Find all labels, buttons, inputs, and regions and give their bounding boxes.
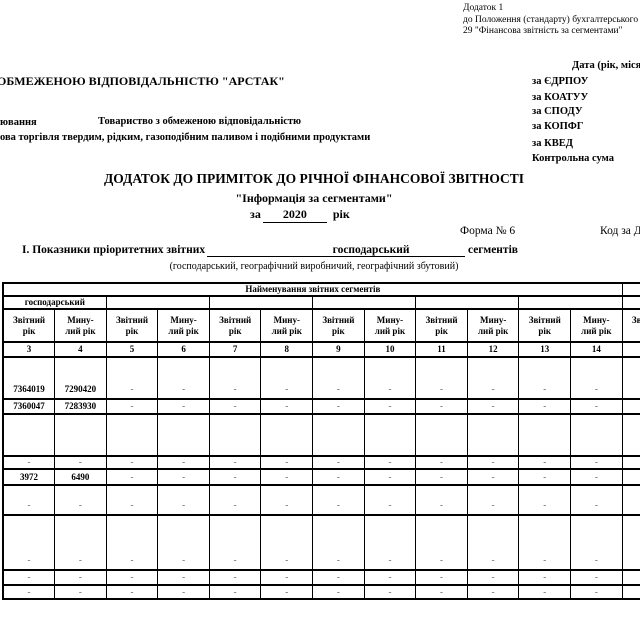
dash-cell: - — [313, 357, 365, 399]
code-field-kved: за КВЕД — [532, 138, 573, 149]
column-number-cell: 7 — [209, 342, 261, 357]
dash-cell: - — [55, 485, 107, 515]
dash-cell: - — [55, 515, 107, 570]
dash-cell: - — [106, 469, 158, 485]
control-sum-label: Контрольна сума — [532, 153, 614, 164]
table-header-title: Найменування звітних сегментів — [3, 283, 622, 296]
dash-cell: - — [519, 515, 571, 570]
report-year-header-cell: Звітний рік — [416, 309, 468, 342]
annex-line-1: Додаток 1 — [463, 3, 640, 15]
segments-table-wrapper: Найменування звітних сегментівгосподарсь… — [2, 282, 640, 600]
report-year-header-cell: Звітний рік — [209, 309, 261, 342]
table-row: ------------ — [3, 456, 640, 469]
dash-cell: - — [158, 456, 210, 469]
year-prefix: за — [250, 207, 261, 221]
column-number-cell: 3 — [3, 342, 55, 357]
dash-cell: - — [3, 456, 55, 469]
dash-cell: - — [416, 570, 468, 585]
dash-cell: - — [261, 570, 313, 585]
dash-cell: - — [3, 515, 55, 570]
column-number-cell: 5 — [106, 342, 158, 357]
empty-cell — [261, 414, 313, 456]
dash-cell: - — [364, 399, 416, 414]
dash-cell: - — [467, 585, 519, 599]
table-row: 73640197290420---------- — [3, 357, 640, 399]
prior-year-header-cell: Мину- лий рік — [261, 309, 313, 342]
dash-cell: - — [571, 469, 623, 485]
legal-form-value: Товариство з обмеженою відповідальністю — [98, 116, 301, 127]
segment-name-empty-cell — [519, 296, 622, 309]
table-row — [3, 414, 640, 456]
dash-cell: - — [261, 515, 313, 570]
segments-table: Найменування звітних сегментівгосподарсь… — [2, 282, 640, 600]
report-year-value: 2020 — [263, 207, 327, 223]
value-cell: 7364019 — [3, 357, 55, 399]
dash-cell: - — [519, 399, 571, 414]
prior-year-header-cell: Мину- лий рік — [364, 309, 416, 342]
dash-cell: - — [416, 399, 468, 414]
empty-cell — [622, 399, 640, 414]
dash-cell: - — [364, 469, 416, 485]
dash-cell: - — [571, 585, 623, 599]
dash-cell: - — [158, 357, 210, 399]
dash-cell: - — [364, 485, 416, 515]
value-cell: 7360047 — [3, 399, 55, 414]
table-row: ------------ — [3, 585, 640, 599]
table-row: ------------ — [3, 570, 640, 585]
dash-cell: - — [209, 485, 261, 515]
dash-cell: - — [158, 469, 210, 485]
dash-cell: - — [416, 456, 468, 469]
dash-cell: - — [313, 515, 365, 570]
dash-cell: - — [106, 485, 158, 515]
empty-cell — [209, 414, 261, 456]
dash-cell: - — [313, 469, 365, 485]
column-number-cell: 4 — [55, 342, 107, 357]
dash-cell: - — [519, 585, 571, 599]
dash-cell: - — [364, 515, 416, 570]
document-title: ДОДАТОК ДО ПРИМІТОК ДО РІЧНОЇ ФІНАНСОВОЇ… — [0, 171, 628, 187]
segment-name-empty-cell — [106, 296, 209, 309]
segment-name-cell: господарський — [3, 296, 106, 309]
segment-name-partial-cell — [622, 296, 640, 309]
dash-cell: - — [416, 515, 468, 570]
dash-cell: - — [106, 357, 158, 399]
form-number-label: Форма № 6 — [460, 225, 515, 237]
annex-line-2: до Положення (стандарту) бухгалтерського… — [463, 15, 640, 27]
dash-cell: - — [158, 485, 210, 515]
activity-description: ова торгівля твердим, рідким, газоподібн… — [0, 132, 370, 143]
annex-note: Додаток 1 до Положення (стандарту) бухга… — [463, 3, 640, 38]
legal-form-label-fragment: ювання — [0, 117, 37, 128]
report-year-header-cell: Звітний рік — [3, 309, 55, 342]
prior-year-header-cell: Мину- лий рік — [467, 309, 519, 342]
empty-cell — [55, 414, 107, 456]
empty-cell — [571, 414, 623, 456]
document-page: Додаток 1 до Положення (стандарту) бухга… — [0, 0, 640, 620]
column-number-cell: 13 — [519, 342, 571, 357]
column-number-cell: 11 — [416, 342, 468, 357]
dash-cell: - — [55, 456, 107, 469]
table-row: 39726490---------- — [3, 469, 640, 485]
empty-cell — [622, 456, 640, 469]
dash-cell: - — [467, 515, 519, 570]
dash-cell: - — [209, 469, 261, 485]
dash-cell: - — [571, 515, 623, 570]
report-year-header-cell: Звітний рік — [106, 309, 158, 342]
empty-cell — [622, 515, 640, 570]
dkud-code-label: Код за ДКУД — [600, 225, 640, 237]
dash-cell: - — [519, 357, 571, 399]
empty-cell — [416, 414, 468, 456]
section-heading: І. Показники пріоритетних звітнихгоспода… — [22, 244, 518, 257]
empty-cell — [313, 414, 365, 456]
dash-cell: - — [519, 456, 571, 469]
dash-cell: - — [209, 456, 261, 469]
dash-cell: - — [313, 399, 365, 414]
code-field-koatuu: за КОАТУУ — [532, 92, 588, 103]
dash-cell: - — [571, 485, 623, 515]
column-number-cell: 9 — [313, 342, 365, 357]
segment-name-empty-cell — [416, 296, 519, 309]
report-year-line: за2020рік — [250, 207, 350, 223]
empty-cell — [158, 414, 210, 456]
dash-cell: - — [209, 357, 261, 399]
dash-cell: - — [209, 570, 261, 585]
dash-cell: - — [261, 469, 313, 485]
table-header-blank-cell — [622, 283, 640, 296]
dash-cell: - — [261, 485, 313, 515]
value-cell: 3972 — [3, 469, 55, 485]
dash-cell: - — [106, 399, 158, 414]
empty-cell — [364, 414, 416, 456]
dash-cell: - — [467, 399, 519, 414]
report-year-header-cell: Звітний рік — [519, 309, 571, 342]
dash-cell: - — [106, 456, 158, 469]
dash-cell: - — [158, 585, 210, 599]
empty-cell — [622, 585, 640, 599]
dash-cell: - — [364, 570, 416, 585]
table-row: ------------ — [3, 515, 640, 570]
segment-type-value: господарський — [207, 244, 465, 257]
dash-cell: - — [519, 469, 571, 485]
segment-name-empty-cell — [209, 296, 312, 309]
document-subtitle: "Інформація за сегментами" — [0, 191, 628, 206]
dash-cell: - — [106, 515, 158, 570]
empty-cell — [519, 414, 571, 456]
dash-cell: - — [416, 357, 468, 399]
dash-cell: - — [209, 399, 261, 414]
empty-cell — [467, 414, 519, 456]
year-suffix: рік — [333, 207, 350, 221]
value-cell: 7290420 — [55, 357, 107, 399]
dash-cell: - — [519, 485, 571, 515]
empty-cell — [622, 469, 640, 485]
dash-cell: - — [313, 456, 365, 469]
column-number-cell: 14 — [571, 342, 623, 357]
dash-cell: - — [106, 585, 158, 599]
prior-year-header-cell: Мину- лий рік — [571, 309, 623, 342]
column-number-cell: 8 — [261, 342, 313, 357]
dash-cell: - — [209, 515, 261, 570]
dash-cell: - — [467, 570, 519, 585]
dash-cell: - — [571, 357, 623, 399]
dash-cell: - — [467, 357, 519, 399]
dash-cell: - — [416, 469, 468, 485]
dash-cell: - — [3, 485, 55, 515]
table-row: ------------ — [3, 485, 640, 515]
company-name: ОБМЕЖЕНОЮ ВІДПОВІДАЛЬНІСТЮ "АРСТАК" — [0, 74, 285, 89]
dash-cell: - — [313, 485, 365, 515]
section-prefix: І. Показники пріоритетних звітних — [22, 244, 205, 256]
dash-cell: - — [158, 399, 210, 414]
dash-cell: - — [571, 456, 623, 469]
date-label: Дата (рік, місяць, число) — [572, 60, 640, 71]
empty-cell — [106, 414, 158, 456]
dash-cell: - — [261, 456, 313, 469]
segment-name-empty-cell — [313, 296, 416, 309]
dash-cell: - — [3, 570, 55, 585]
dash-cell: - — [467, 469, 519, 485]
empty-cell — [622, 357, 640, 399]
dash-cell: - — [519, 570, 571, 585]
column-number-partial-cell — [622, 342, 640, 357]
column-number-cell: 12 — [467, 342, 519, 357]
dash-cell: - — [261, 585, 313, 599]
dash-cell: - — [467, 485, 519, 515]
column-number-cell: 10 — [364, 342, 416, 357]
code-field-edrpou: за ЄДРПОУ — [532, 76, 588, 87]
report-year-header-cell: Звітний рік — [313, 309, 365, 342]
code-field-kopfg: за КОПФГ — [532, 121, 583, 132]
dash-cell: - — [209, 585, 261, 599]
dash-cell: - — [55, 585, 107, 599]
empty-cell — [622, 414, 640, 456]
prior-year-header-cell: Мину- лий рік — [55, 309, 107, 342]
dash-cell: - — [467, 456, 519, 469]
empty-cell — [3, 414, 55, 456]
dash-cell: - — [364, 357, 416, 399]
dash-cell: - — [261, 357, 313, 399]
empty-cell — [622, 485, 640, 515]
table-row: 73600477283930---------- — [3, 399, 640, 414]
value-cell: 7283930 — [55, 399, 107, 414]
dash-cell: - — [313, 570, 365, 585]
dash-cell: - — [55, 570, 107, 585]
dash-cell: - — [364, 456, 416, 469]
dash-cell: - — [3, 585, 55, 599]
column-number-cell: 6 — [158, 342, 210, 357]
prior-year-header-cell: Мину- лий рік — [158, 309, 210, 342]
dash-cell: - — [571, 399, 623, 414]
dash-cell: - — [416, 485, 468, 515]
dash-cell: - — [364, 585, 416, 599]
value-cell: 6490 — [55, 469, 107, 485]
empty-cell — [622, 570, 640, 585]
dash-cell: - — [106, 570, 158, 585]
dash-cell: - — [158, 570, 210, 585]
dash-cell: - — [261, 399, 313, 414]
section-suffix: сегментів — [468, 244, 518, 256]
report-year-header-partial-cell: Звітний рік — [622, 309, 640, 342]
section-note: (господарський, географічний виробничий,… — [0, 261, 628, 272]
dash-cell: - — [571, 570, 623, 585]
dash-cell: - — [313, 585, 365, 599]
dash-cell: - — [416, 585, 468, 599]
dash-cell: - — [158, 515, 210, 570]
code-field-spodu: за СПОДУ — [532, 106, 583, 117]
annex-line-3: 29 "Фінансова звітність за сегментами" — [463, 26, 640, 38]
